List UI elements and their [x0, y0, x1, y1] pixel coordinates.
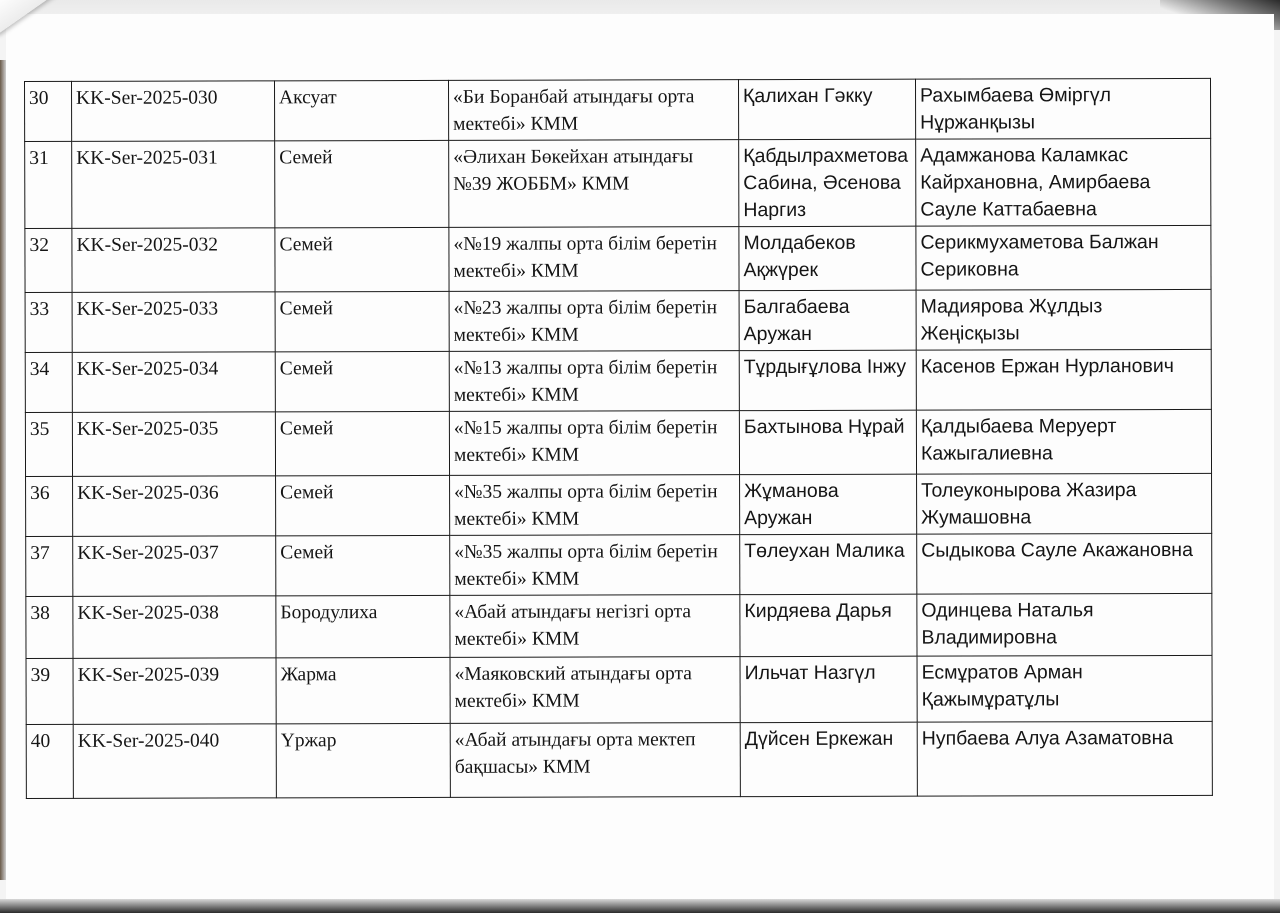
table-row: 30 KK-Ser-2025-030 Аксуат «Би Боранбай а… — [25, 78, 1211, 141]
teacher-cell: Толеуконырова Жазира Жумашовна — [917, 473, 1212, 534]
district-cell: Үржар — [276, 723, 450, 797]
student-cell: Жұманова Аружан — [740, 474, 917, 534]
table-row: 40 KK-Ser-2025-040 Үржар «Абай атындағы … — [26, 721, 1212, 798]
district-cell: Семей — [275, 227, 449, 291]
row-number-cell: 39 — [26, 658, 73, 724]
student-cell: Қабдылрахметова Сабина, Әсенова Наргиз — [739, 139, 916, 226]
registration-code-cell: KK-Ser-2025-040 — [73, 724, 276, 799]
student-cell: Кирдяева Дарья — [740, 594, 917, 656]
table-row: 32 KK-Ser-2025-032 Семей «№19 жалпы орта… — [25, 225, 1211, 292]
table-body: 30 KK-Ser-2025-030 Аксуат «Би Боранбай а… — [25, 78, 1213, 798]
teacher-cell: Мадиярова Жұлдыз Жеңісқызы — [916, 289, 1211, 350]
registration-code-cell: KK-Ser-2025-030 — [72, 81, 275, 142]
table-row: 33 KK-Ser-2025-033 Семей «№23 жалпы орта… — [25, 289, 1211, 352]
teacher-cell: Нупбаева Алуа Азаматовна — [917, 721, 1212, 796]
district-cell: Семей — [276, 475, 450, 535]
district-cell: Бородулиха — [276, 595, 450, 657]
school-cell: «№35 жалпы орта білім беретін мектебі» К… — [450, 535, 740, 596]
student-cell: Төлеухан Малика — [740, 534, 917, 594]
row-number-cell: 38 — [26, 596, 73, 658]
row-number-cell: 32 — [25, 228, 72, 292]
teacher-cell: Касенов Ержан Нурланович — [916, 349, 1211, 410]
registration-code-cell: KK-Ser-2025-038 — [73, 596, 276, 659]
table-row: 39 KK-Ser-2025-039 Жарма «Маяковский аты… — [26, 655, 1212, 724]
student-cell: Ильчат Назгүл — [740, 656, 917, 722]
school-cell: «Абай атындағы негізгі орта мектебі» КММ — [450, 595, 740, 658]
table-row: 38 KK-Ser-2025-038 Бородулиха «Абай атын… — [26, 593, 1212, 658]
school-cell: «№23 жалпы орта білім беретін мектебі» К… — [449, 291, 739, 352]
teacher-cell: Рахымбаева Өміргүл Нұржанқызы — [915, 78, 1210, 139]
district-cell: Аксуат — [275, 80, 449, 140]
teacher-cell: Адамжанова Каламкас Кайрхановна, Амирбае… — [916, 138, 1211, 226]
school-cell: «Әлихан Бөкейхан атындағы №39 ЖОББМ» КММ — [449, 140, 739, 228]
district-cell: Семей — [275, 351, 449, 411]
row-number-cell: 40 — [26, 724, 73, 798]
school-cell: «№19 жалпы орта білім беретін мектебі» К… — [449, 227, 739, 292]
registration-code-cell: KK-Ser-2025-033 — [72, 292, 275, 353]
student-cell: Қалихан Гәкку — [738, 79, 915, 139]
registration-code-cell: KK-Ser-2025-035 — [72, 412, 275, 477]
row-number-cell: 30 — [25, 81, 72, 141]
table-row: 36 KK-Ser-2025-036 Семей «№35 жалпы орта… — [26, 473, 1212, 536]
district-cell: Семей — [275, 140, 449, 227]
district-cell: Семей — [275, 291, 449, 351]
district-cell: Семей — [276, 535, 450, 595]
registration-code-cell: KK-Ser-2025-031 — [72, 141, 275, 229]
district-cell: Жарма — [276, 657, 450, 723]
table-row: 31 KK-Ser-2025-031 Семей «Әлихан Бөкейха… — [25, 138, 1211, 228]
teacher-cell: Сыдыкова Сауле Акажановна — [917, 533, 1212, 594]
school-cell: «№13 жалпы орта білім беретін мектебі» К… — [449, 351, 739, 412]
row-number-cell: 33 — [25, 292, 72, 352]
school-cell: «Маяковский атындағы орта мектебі» КММ — [450, 657, 740, 724]
registration-code-cell: KK-Ser-2025-034 — [72, 352, 275, 413]
registration-code-cell: KK-Ser-2025-037 — [73, 536, 276, 597]
teacher-cell: Одинцева Наталья Владимировна — [917, 593, 1212, 656]
row-number-cell: 36 — [26, 476, 73, 536]
student-cell: Молдабеков Ақжүрек — [739, 226, 916, 290]
row-number-cell: 37 — [26, 536, 73, 596]
photo-left-edge — [0, 60, 6, 880]
table-row: 35 KK-Ser-2025-035 Семей «№15 жалпы орта… — [25, 409, 1211, 476]
row-number-cell: 34 — [25, 352, 72, 412]
student-cell: Дүйсен Еркежан — [740, 722, 917, 796]
registration-code-cell: KK-Ser-2025-032 — [72, 228, 275, 293]
school-cell: «№35 жалпы орта білім беретін мектебі» К… — [450, 475, 740, 536]
row-number-cell: 31 — [25, 141, 72, 228]
table-row: 34 KK-Ser-2025-034 Семей «№13 жалпы орта… — [25, 349, 1211, 412]
teacher-cell: Серикмухаметова Балжан Сериковна — [916, 225, 1211, 290]
row-number-cell: 35 — [25, 412, 72, 476]
table-row: 37 KK-Ser-2025-037 Семей «№35 жалпы орта… — [26, 533, 1212, 596]
school-cell: «№15 жалпы орта білім беретін мектебі» К… — [449, 411, 739, 476]
registration-code-cell: KK-Ser-2025-036 — [73, 476, 276, 537]
district-cell: Семей — [275, 411, 449, 475]
student-cell: Тұрдығұлова Інжу — [739, 350, 916, 410]
school-cell: «Би Боранбай атындағы орта мектебі» КММ — [448, 80, 738, 141]
photo-bottom-edge — [0, 899, 1280, 913]
student-cell: Балгабаева Аружан — [739, 290, 916, 350]
participants-table: 30 KK-Ser-2025-030 Аксуат «Би Боранбай а… — [24, 78, 1213, 799]
teacher-cell: Есмұратов Арман Қажымұратұлы — [917, 655, 1212, 722]
school-cell: «Абай атындағы орта мектеп бақшасы» КММ — [450, 723, 740, 798]
registration-code-cell: KK-Ser-2025-039 — [73, 658, 276, 725]
teacher-cell: Қалдыбаева Меруерт Кажыгалиевна — [916, 409, 1211, 474]
student-cell: Бахтынова Нұрай — [739, 410, 916, 474]
